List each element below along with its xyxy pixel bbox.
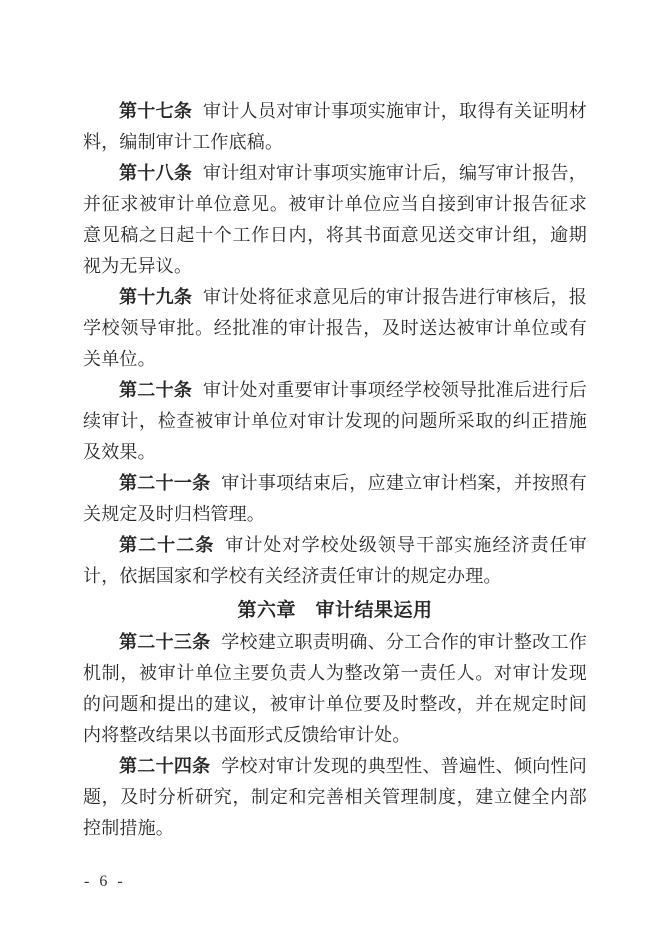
article-number: 第二十二条 [119, 535, 214, 555]
article-number: 第二十一条 [119, 473, 210, 493]
article-number: 第二十条 [119, 380, 192, 400]
article-number: 第十九条 [119, 287, 192, 307]
article-paragraph-21: 第二十一条审计事项结束后，应建立审计档案，并按照有关规定及时归档管理。 [83, 468, 587, 530]
article-paragraph-24: 第二十四条学校对审计发现的典型性、普遍性、倾向性问题，及时分析研究，制定和完善相… [83, 751, 587, 844]
chapter-heading: 第六章 审计结果运用 [83, 595, 587, 626]
article-number: 第十八条 [119, 163, 192, 183]
article-paragraph-18: 第十八条审计组对审计事项实施审计后，编写审计报告，并征求被审计单位意见。被审计单… [83, 158, 587, 282]
article-paragraph-20: 第二十条审计处对重要审计事项经学校领导批准后进行后续审计，检查被审计单位对审计发… [83, 375, 587, 468]
article-paragraph-19: 第十九条审计处将征求意见后的审计报告进行审核后，报学校领导审批。经批准的审计报告… [83, 282, 587, 375]
article-paragraph-22: 第二十二条审计处对学校处级领导干部实施经济责任审计，依据国家和学校有关经济责任审… [83, 530, 587, 592]
page-number: - 6 - [84, 872, 126, 892]
article-paragraph-23: 第二十三条学校建立职责明确、分工合作的审计整改工作机制，被审计单位主要负责人为整… [83, 627, 587, 751]
article-paragraph-17: 第十七条审计人员对审计事项实施审计，取得有关证明材料，编制审计工作底稿。 [83, 96, 587, 158]
article-number: 第二十三条 [119, 632, 210, 652]
article-number: 第十七条 [119, 101, 192, 121]
document-page: 第十七条审计人员对审计事项实施审计，取得有关证明材料，编制审计工作底稿。 第十八… [0, 0, 668, 945]
article-number: 第二十四条 [119, 756, 210, 776]
document-body: 第十七条审计人员对审计事项实施审计，取得有关证明材料，编制审计工作底稿。 第十八… [83, 96, 587, 844]
